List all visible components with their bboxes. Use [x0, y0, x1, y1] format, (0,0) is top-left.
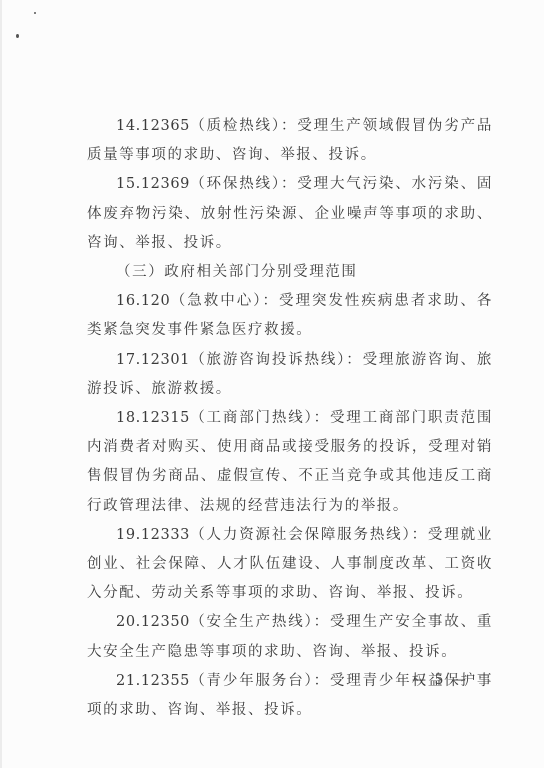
hotline-number: 20.12350 — [116, 614, 190, 630]
hotline-name: （急救中心）： — [170, 293, 279, 309]
hotline-number: 19.12333 — [116, 527, 190, 543]
hotline-name: （环保热线）： — [190, 176, 297, 192]
section-heading: （三）政府相关部门分别受理范围 — [87, 258, 493, 287]
hotline-number: 18.12315 — [116, 410, 190, 426]
document-body: 14.12365（质检热线）：受理生产领域假冒伪劣产品质量等事项的求助、咨询、举… — [87, 112, 493, 725]
hotline-number: 16.120 — [116, 293, 170, 309]
hotline-name: （旅游咨询投诉热线）： — [190, 352, 363, 368]
scan-speck — [16, 34, 19, 38]
item-15: 15.12369（环保热线）：受理大气污染、水污染、固体废弃物污染、放射性污染源… — [87, 170, 493, 258]
item-17: 17.12301（旅游咨询投诉热线）：受理旅游咨询、旅游投诉、旅游救援。 — [87, 346, 493, 404]
hotline-number: 21.12355 — [116, 673, 190, 689]
hotline-name: （人力资源社会保障服务热线）： — [190, 527, 428, 543]
hotline-name: （安全生产热线）： — [190, 614, 330, 630]
hotline-number: 17.12301 — [116, 352, 190, 368]
item-19: 19.12333（人力资源社会保障服务热线）：受理就业创业、社会保障、人才队伍建… — [87, 521, 493, 609]
document-page: 14.12365（质检热线）：受理生产领域假冒伪劣产品质量等事项的求助、咨询、举… — [0, 0, 544, 768]
scan-edge — [0, 0, 2, 768]
hotline-number: 14.12365 — [116, 118, 190, 134]
scan-speck — [34, 12, 36, 14]
item-16: 16.120（急救中心）：受理突发性疾病患者求助、各类紧急突发事件紧急医疗救援。 — [87, 287, 493, 345]
hotline-number: 15.12369 — [116, 176, 190, 192]
item-20: 20.12350（安全生产热线）：受理生产安全事故、重大安全生产隐患等事项的求助… — [87, 608, 493, 666]
page-number: — 5 — — [412, 672, 468, 688]
item-14: 14.12365（质检热线）：受理生产领域假冒伪劣产品质量等事项的求助、咨询、举… — [87, 112, 493, 170]
hotline-name: （青少年服务台）： — [190, 673, 330, 689]
hotline-name: （工商部门热线）： — [190, 410, 330, 426]
item-18: 18.12315（工商部门热线）：受理工商部门职责范围内消费者对购买、使用商品或… — [87, 404, 493, 521]
hotline-name: （质检热线）： — [190, 118, 297, 134]
